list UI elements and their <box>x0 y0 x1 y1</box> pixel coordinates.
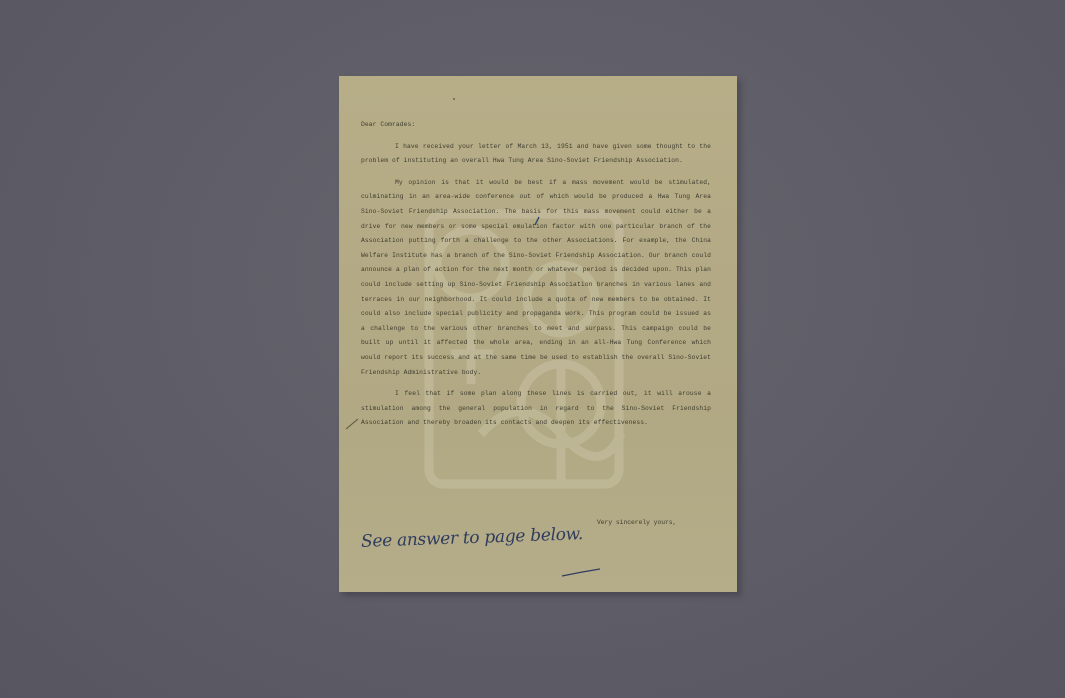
letter-greeting: Dear Comrades: <box>361 118 711 133</box>
letter-body: Dear Comrades: I have received your lett… <box>361 118 711 438</box>
letter-closing: Very sincerely yours, <box>597 519 676 526</box>
letter-page: Dear Comrades: I have received your lett… <box>339 76 737 592</box>
margin-pencil-mark-icon <box>345 416 359 430</box>
pen-stroke-icon <box>561 568 601 578</box>
paper-speck <box>453 98 455 100</box>
letter-paragraph-3: I feel that if some plan along these lin… <box>361 387 711 431</box>
letter-paragraph-2: My opinion is that it would be best if a… <box>361 176 711 380</box>
ink-correction-mark-icon <box>533 216 541 226</box>
handwritten-note: See answer to page below. <box>361 524 584 552</box>
letter-paragraph-1: I have received your letter of March 13,… <box>361 140 711 169</box>
